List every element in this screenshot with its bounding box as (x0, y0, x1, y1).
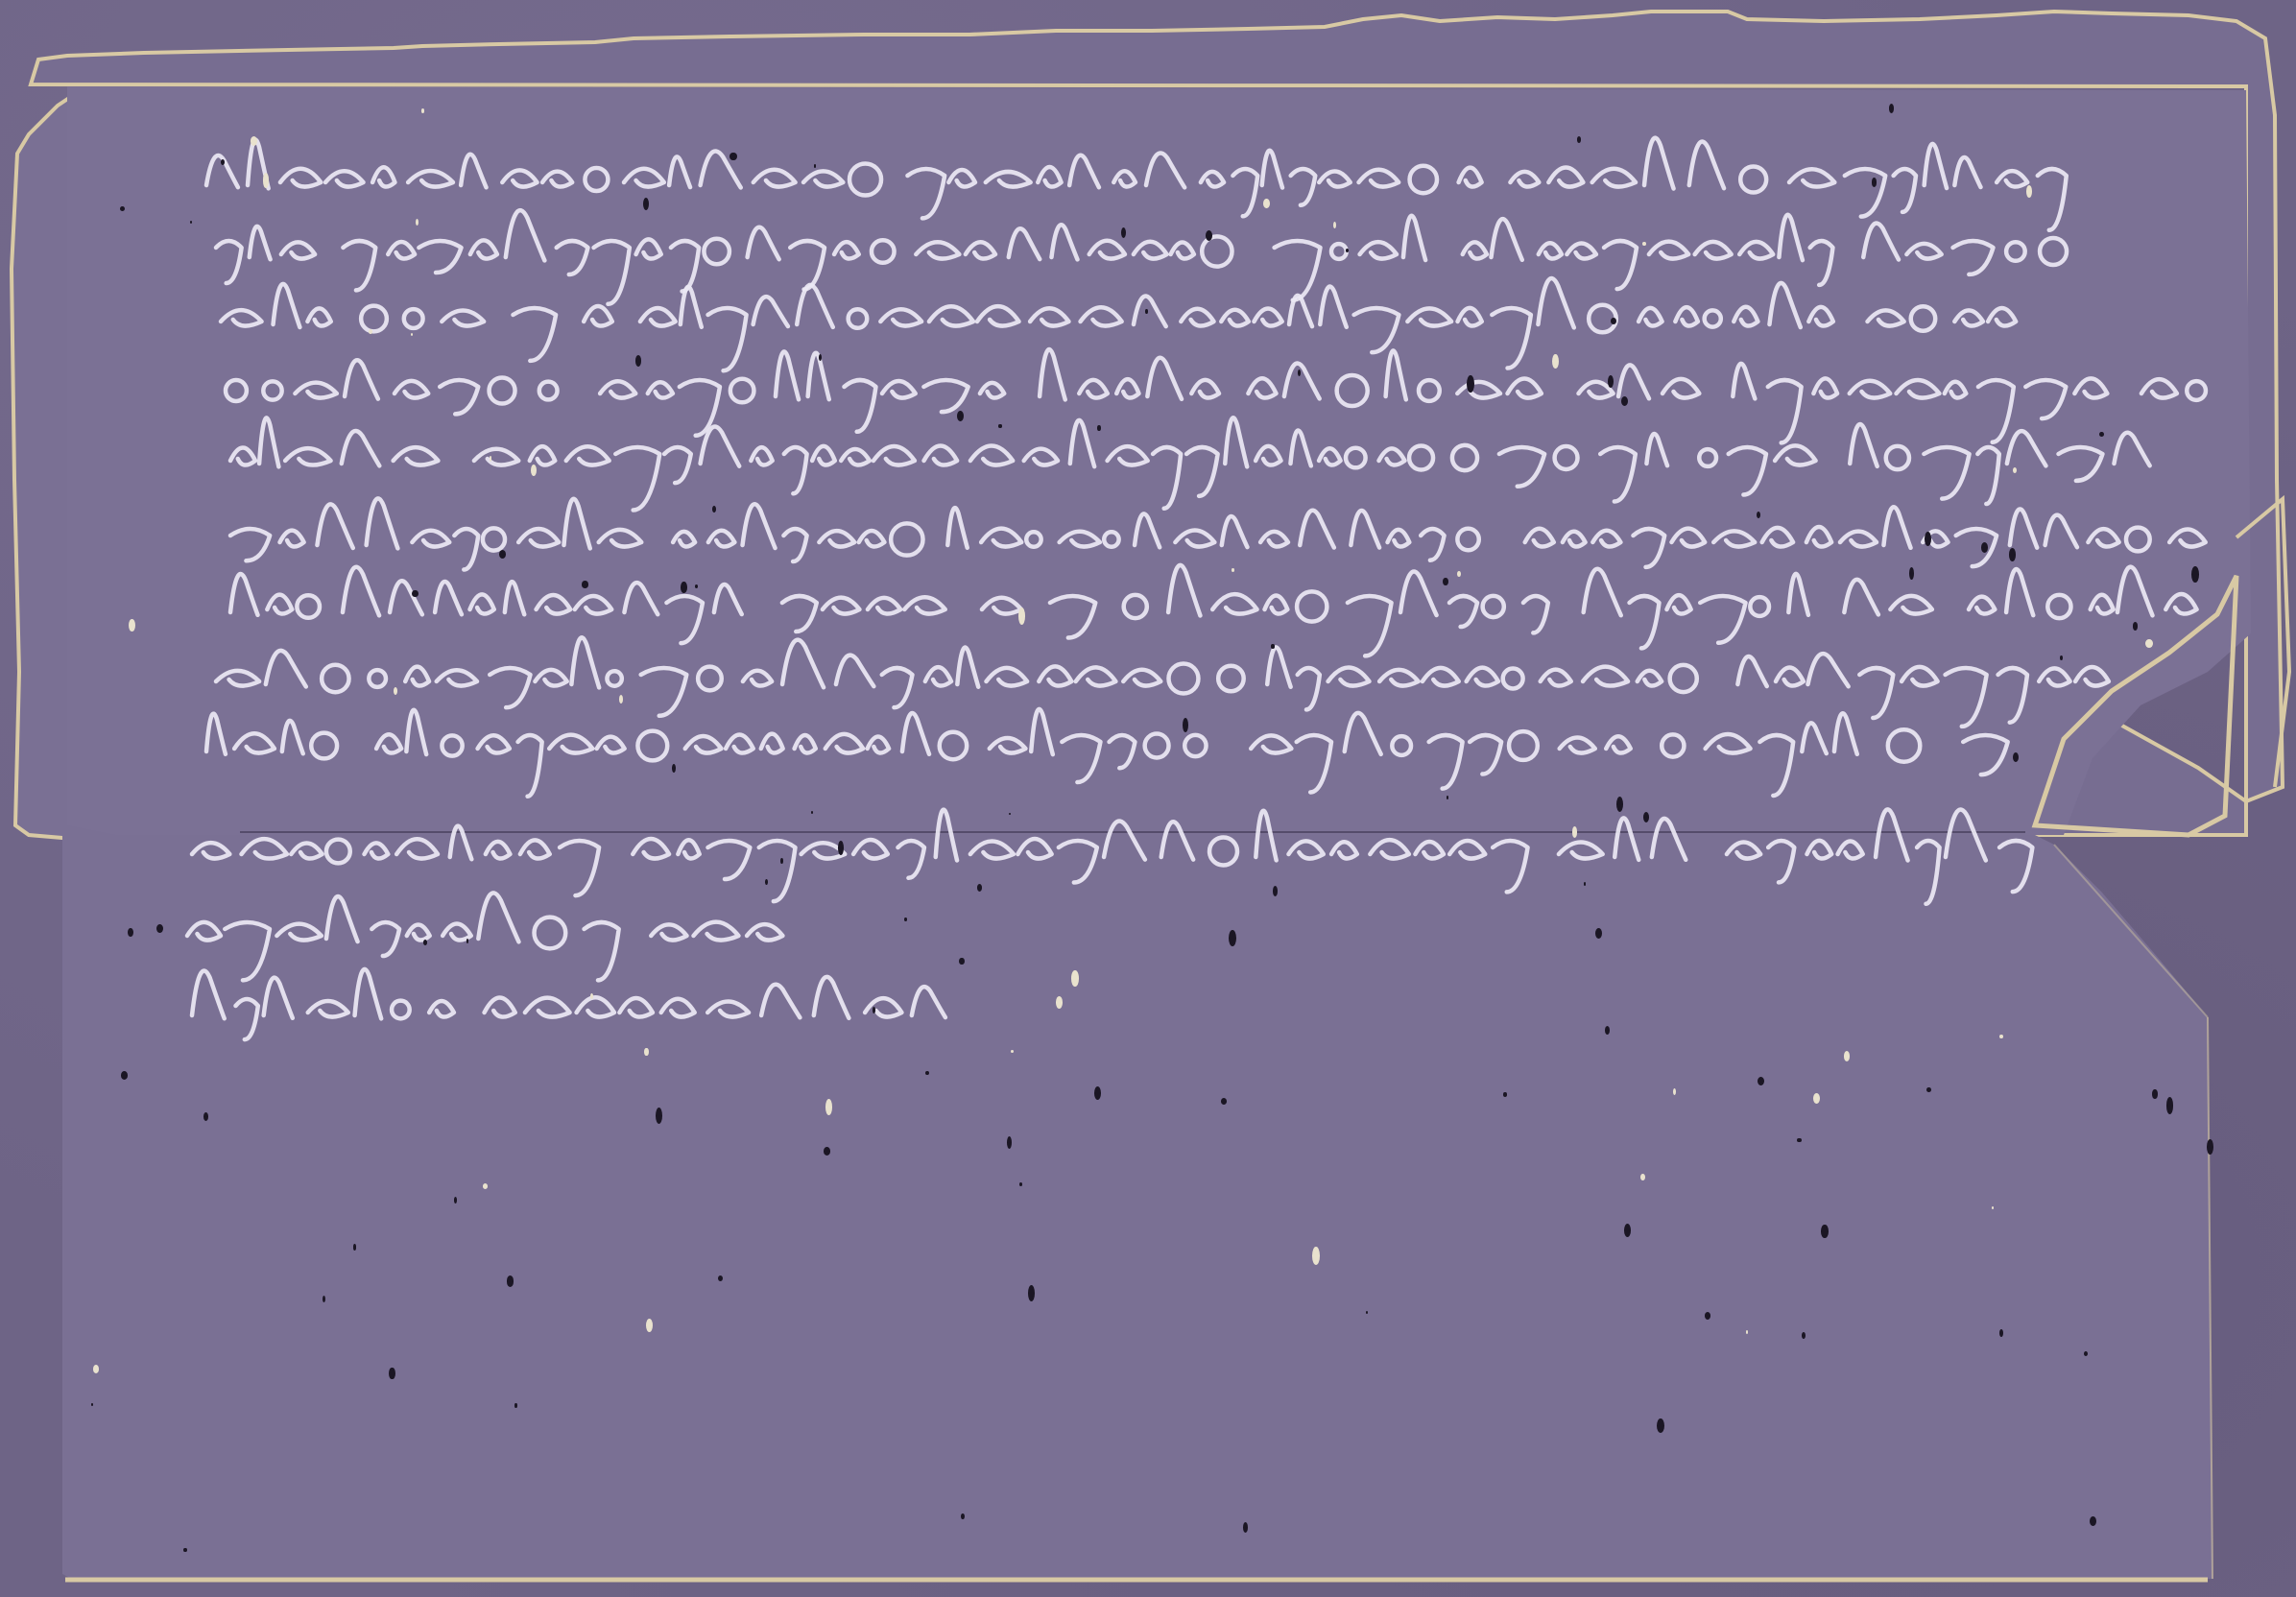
ink-speck (129, 619, 135, 632)
ink-speck (1467, 375, 1474, 393)
script-line (187, 893, 782, 960)
ink-speck (2090, 1516, 2096, 1526)
ink-speck (1992, 1206, 1994, 1209)
ink-speck (514, 1403, 517, 1409)
ink-speck (977, 884, 982, 892)
ink-speck (1019, 1182, 1022, 1186)
ink-speck (1443, 578, 1447, 585)
ink-speck (2191, 566, 2199, 583)
ink-speck (128, 928, 132, 937)
ink-speck (183, 1548, 187, 1553)
ink-speck (672, 764, 676, 773)
ink-speck (1457, 571, 1461, 577)
ink-speck (998, 424, 1001, 427)
ink-speck (1183, 718, 1188, 732)
ink-speck (1071, 970, 1079, 986)
ink-speck (1746, 1330, 1748, 1334)
ink-speck (1273, 886, 1278, 895)
ink-speck (1503, 1092, 1507, 1096)
script-line (206, 705, 2030, 773)
ink-speck (646, 1319, 653, 1333)
ink-speck (323, 1296, 325, 1302)
ink-speck (1844, 1051, 1850, 1061)
ink-speck (1705, 1312, 1710, 1320)
ink-speck (1145, 309, 1148, 314)
ink-speck (91, 1403, 93, 1405)
ink-speck (1673, 1088, 1676, 1095)
ink-speck (1121, 227, 1126, 238)
ink-speck (454, 1197, 457, 1203)
ink-speck (1552, 354, 1559, 369)
ink-speck (1312, 1247, 1320, 1265)
ink-speck (590, 993, 593, 999)
ink-speck (1229, 930, 1236, 946)
ink-speck (643, 198, 649, 210)
ink-speck (2084, 1351, 2088, 1356)
ink-speck (1263, 199, 1269, 208)
ink-speck (1097, 425, 1100, 431)
ink-speck (1333, 222, 1336, 228)
ink-speck (1926, 1087, 1931, 1092)
ink-speck (2152, 1089, 2157, 1098)
ink-speck (1206, 230, 1212, 241)
ink-speck (507, 1275, 514, 1286)
ink-speck (1981, 542, 1988, 553)
script-line (216, 211, 2097, 278)
ink-speck (1797, 1138, 1801, 1142)
ink-speck (904, 918, 907, 921)
ink-speck (824, 1147, 831, 1156)
ink-speck (656, 1108, 662, 1124)
ink-speck (190, 221, 192, 224)
ink-speck (1657, 1418, 1664, 1433)
ink-speck (825, 1099, 832, 1114)
ink-speck (156, 924, 163, 933)
ink-speck (765, 879, 768, 885)
ink-speck (389, 1368, 395, 1379)
ink-speck (681, 582, 686, 593)
script-line (221, 278, 2035, 346)
ink-speck (819, 354, 822, 361)
ink-speck (635, 355, 641, 367)
script-line (192, 811, 2035, 878)
ink-speck (644, 1048, 648, 1057)
ink-speck (780, 858, 783, 863)
ink-speck (1821, 1225, 1828, 1237)
ink-speck (957, 411, 964, 421)
ink-speck (1621, 396, 1628, 406)
ink-speck (1608, 375, 1614, 388)
ink-speck (1616, 797, 1623, 812)
script-line (206, 139, 2097, 206)
ink-speck (961, 1514, 965, 1520)
ink-speck (2207, 1139, 2213, 1155)
ink-speck (838, 841, 844, 855)
ink-speck (729, 153, 737, 161)
ink-speck (582, 581, 588, 587)
ink-speck (619, 695, 623, 703)
ink-speck (411, 333, 413, 336)
script-line (192, 969, 969, 1037)
ink-speck (412, 590, 419, 598)
script-line (226, 350, 2222, 417)
ink-speck (353, 1244, 357, 1250)
ink-speck (466, 939, 468, 943)
ink-speck (2145, 639, 2152, 648)
ink-speck (1243, 1522, 1248, 1533)
script-line (216, 638, 2136, 705)
script-line (230, 499, 2208, 566)
script-line (230, 417, 2208, 485)
ink-speck (1640, 1174, 1645, 1180)
ink-speck (1872, 178, 1877, 187)
ink-speck (369, 329, 372, 334)
ink-speck (120, 206, 125, 211)
ink-speck (959, 958, 965, 965)
